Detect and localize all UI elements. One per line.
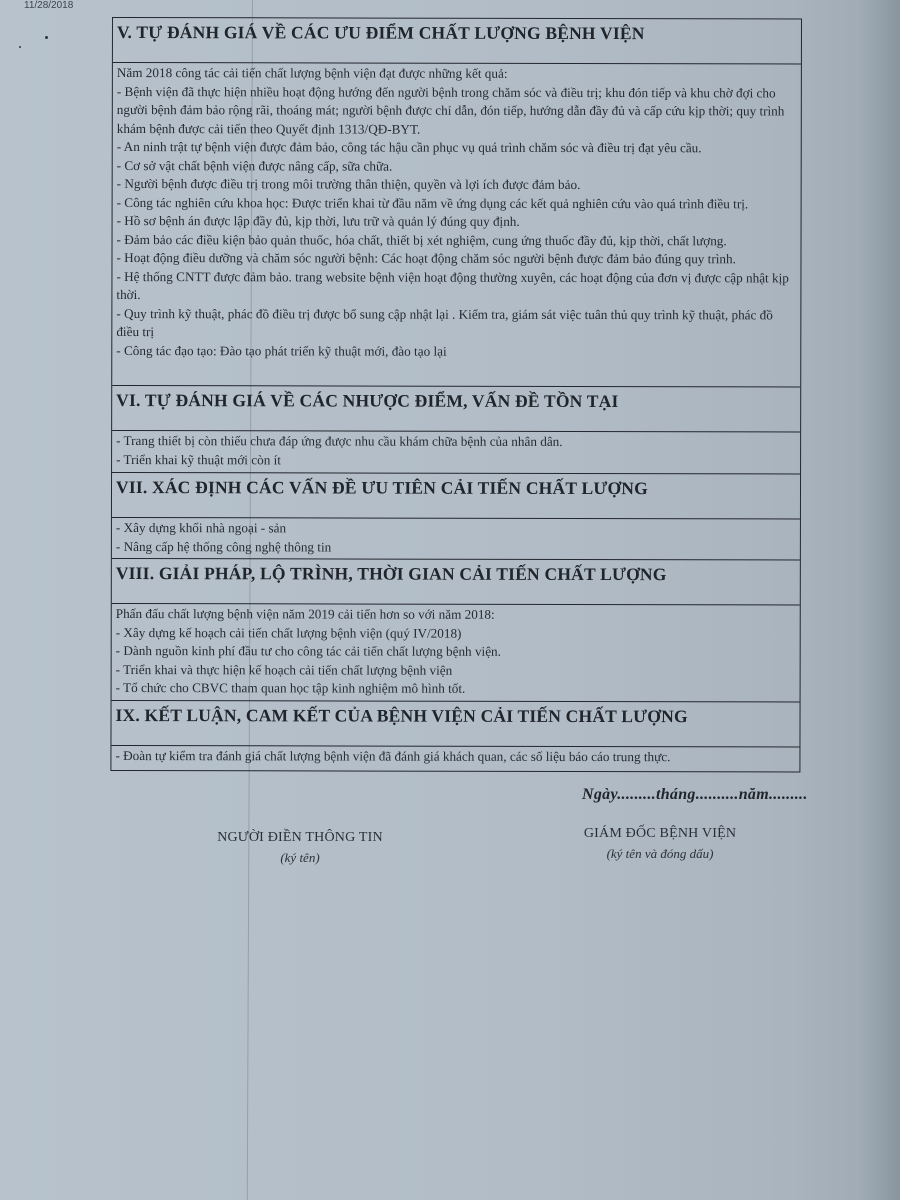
section-vi-line: - Triển khai kỹ thuật mới còn ít: [116, 451, 796, 471]
section-v-line: - Hoạt động điều dưỡng và chăm sóc người…: [116, 249, 796, 269]
section-v-line: - Bệnh viện đã thực hiện nhiều hoạt động…: [117, 83, 797, 140]
signature-block-director: GIÁM ĐỐC BỆNH VIỆN (ký tên và đóng dấu): [560, 826, 760, 862]
assessment-form-table: V. TỰ ĐÁNH GIÁ VỀ CÁC ƯU ĐIỂM CHẤT LƯỢNG…: [110, 17, 802, 772]
section-v-line: - Đảm bảo các điều kiện bảo quản thuốc, …: [117, 231, 797, 251]
section-vi-heading: VI. TỰ ĐÁNH GIÁ VỀ CÁC NHƯỢC ĐIỂM, VẤN Đ…: [112, 386, 800, 432]
section-viii-line: - Xây dựng kế hoạch cải tiến chất lượng …: [116, 624, 796, 644]
paper-speck: [45, 36, 48, 39]
section-v-line: Năm 2018 công tác cải tiến chất lượng bệ…: [117, 64, 797, 84]
section-v-line: - Công tác đạo tạo: Đào tạo phát triển k…: [116, 342, 796, 362]
section-vii-content: - Xây dựng khối nhà ngoại - sản - Nâng c…: [112, 518, 800, 560]
signature-date-line: Ngày.........tháng..........năm.........: [582, 786, 808, 804]
section-ix-line: - Đoàn tự kiểm tra đánh giá chất lượng b…: [115, 747, 795, 767]
paper-speck: [19, 46, 21, 48]
section-viii-line: - Triển khai và thực hiện kế hoạch cải t…: [116, 661, 796, 681]
page-shadow: [860, 0, 900, 1200]
section-vii-heading: VII. XÁC ĐỊNH CÁC VẤN ĐỀ ƯU TIÊN CẢI TIẾ…: [112, 473, 800, 519]
section-viii-heading: VIII. GIẢI PHÁP, LỘ TRÌNH, THỜI GIAN CẢI…: [112, 559, 800, 605]
section-v-line: - Hồ sơ bệnh án được lập đầy đủ, kịp thờ…: [117, 212, 797, 232]
section-vii-line: - Xây dựng khối nhà ngoại - sản: [116, 519, 796, 539]
section-v-line: - Công tác nghiên cứu khoa học: Được tri…: [117, 194, 797, 214]
section-ix-heading: IX. KẾT LUẬN, CAM KẾT CỦA BỆNH VIỆN CẢI …: [111, 701, 799, 747]
section-v-line: - Người bệnh được điều trị trong môi trư…: [117, 175, 797, 195]
section-vi-line: - Trang thiết bị còn thiếu chưa đáp ứng …: [116, 432, 796, 452]
signature-note: (ký tên và đóng dấu): [560, 846, 760, 862]
signature-title: NGƯỜI ĐIỀN THÔNG TIN: [200, 830, 400, 846]
section-vii-line: - Nâng cấp hệ thống công nghệ thông tin: [116, 538, 796, 558]
signature-block-informant: NGƯỜI ĐIỀN THÔNG TIN (ký tên): [200, 830, 400, 866]
section-viii-line: - Dành nguồn kinh phí đầu tư cho công tá…: [116, 642, 796, 662]
section-v-line: - Cơ sở vật chất bệnh viện được nâng cấp…: [117, 157, 797, 177]
section-viii-content: Phấn đấu chất lượng bệnh viện năm 2019 c…: [112, 604, 800, 702]
signature-title: GIÁM ĐỐC BỆNH VIỆN: [560, 826, 760, 842]
section-v-content: Năm 2018 công tác cải tiến chất lượng bệ…: [112, 63, 801, 387]
print-date: 11/28/2018: [24, 0, 73, 11]
section-viii-line: - Tổ chức cho CBVC tham quan học tập kin…: [116, 679, 796, 699]
section-viii-line: Phấn đấu chất lượng bệnh viện năm 2019 c…: [116, 605, 796, 625]
section-v-line: - Quy trình kỹ thuật, phác đồ điều trị đ…: [116, 305, 796, 343]
section-v-line: - Hệ thống CNTT được đảm bảo. trang webs…: [116, 268, 796, 306]
section-v-line: - An ninh trật tự bệnh viện được đảm bảo…: [117, 138, 797, 158]
section-ix-content: - Đoàn tự kiểm tra đánh giá chất lượng b…: [111, 746, 799, 771]
section-vi-content: - Trang thiết bị còn thiếu chưa đáp ứng …: [112, 431, 800, 474]
section-v-heading: V. TỰ ĐÁNH GIÁ VỀ CÁC ƯU ĐIỂM CHẤT LƯỢNG…: [113, 18, 801, 64]
signature-note: (ký tên): [200, 850, 400, 866]
